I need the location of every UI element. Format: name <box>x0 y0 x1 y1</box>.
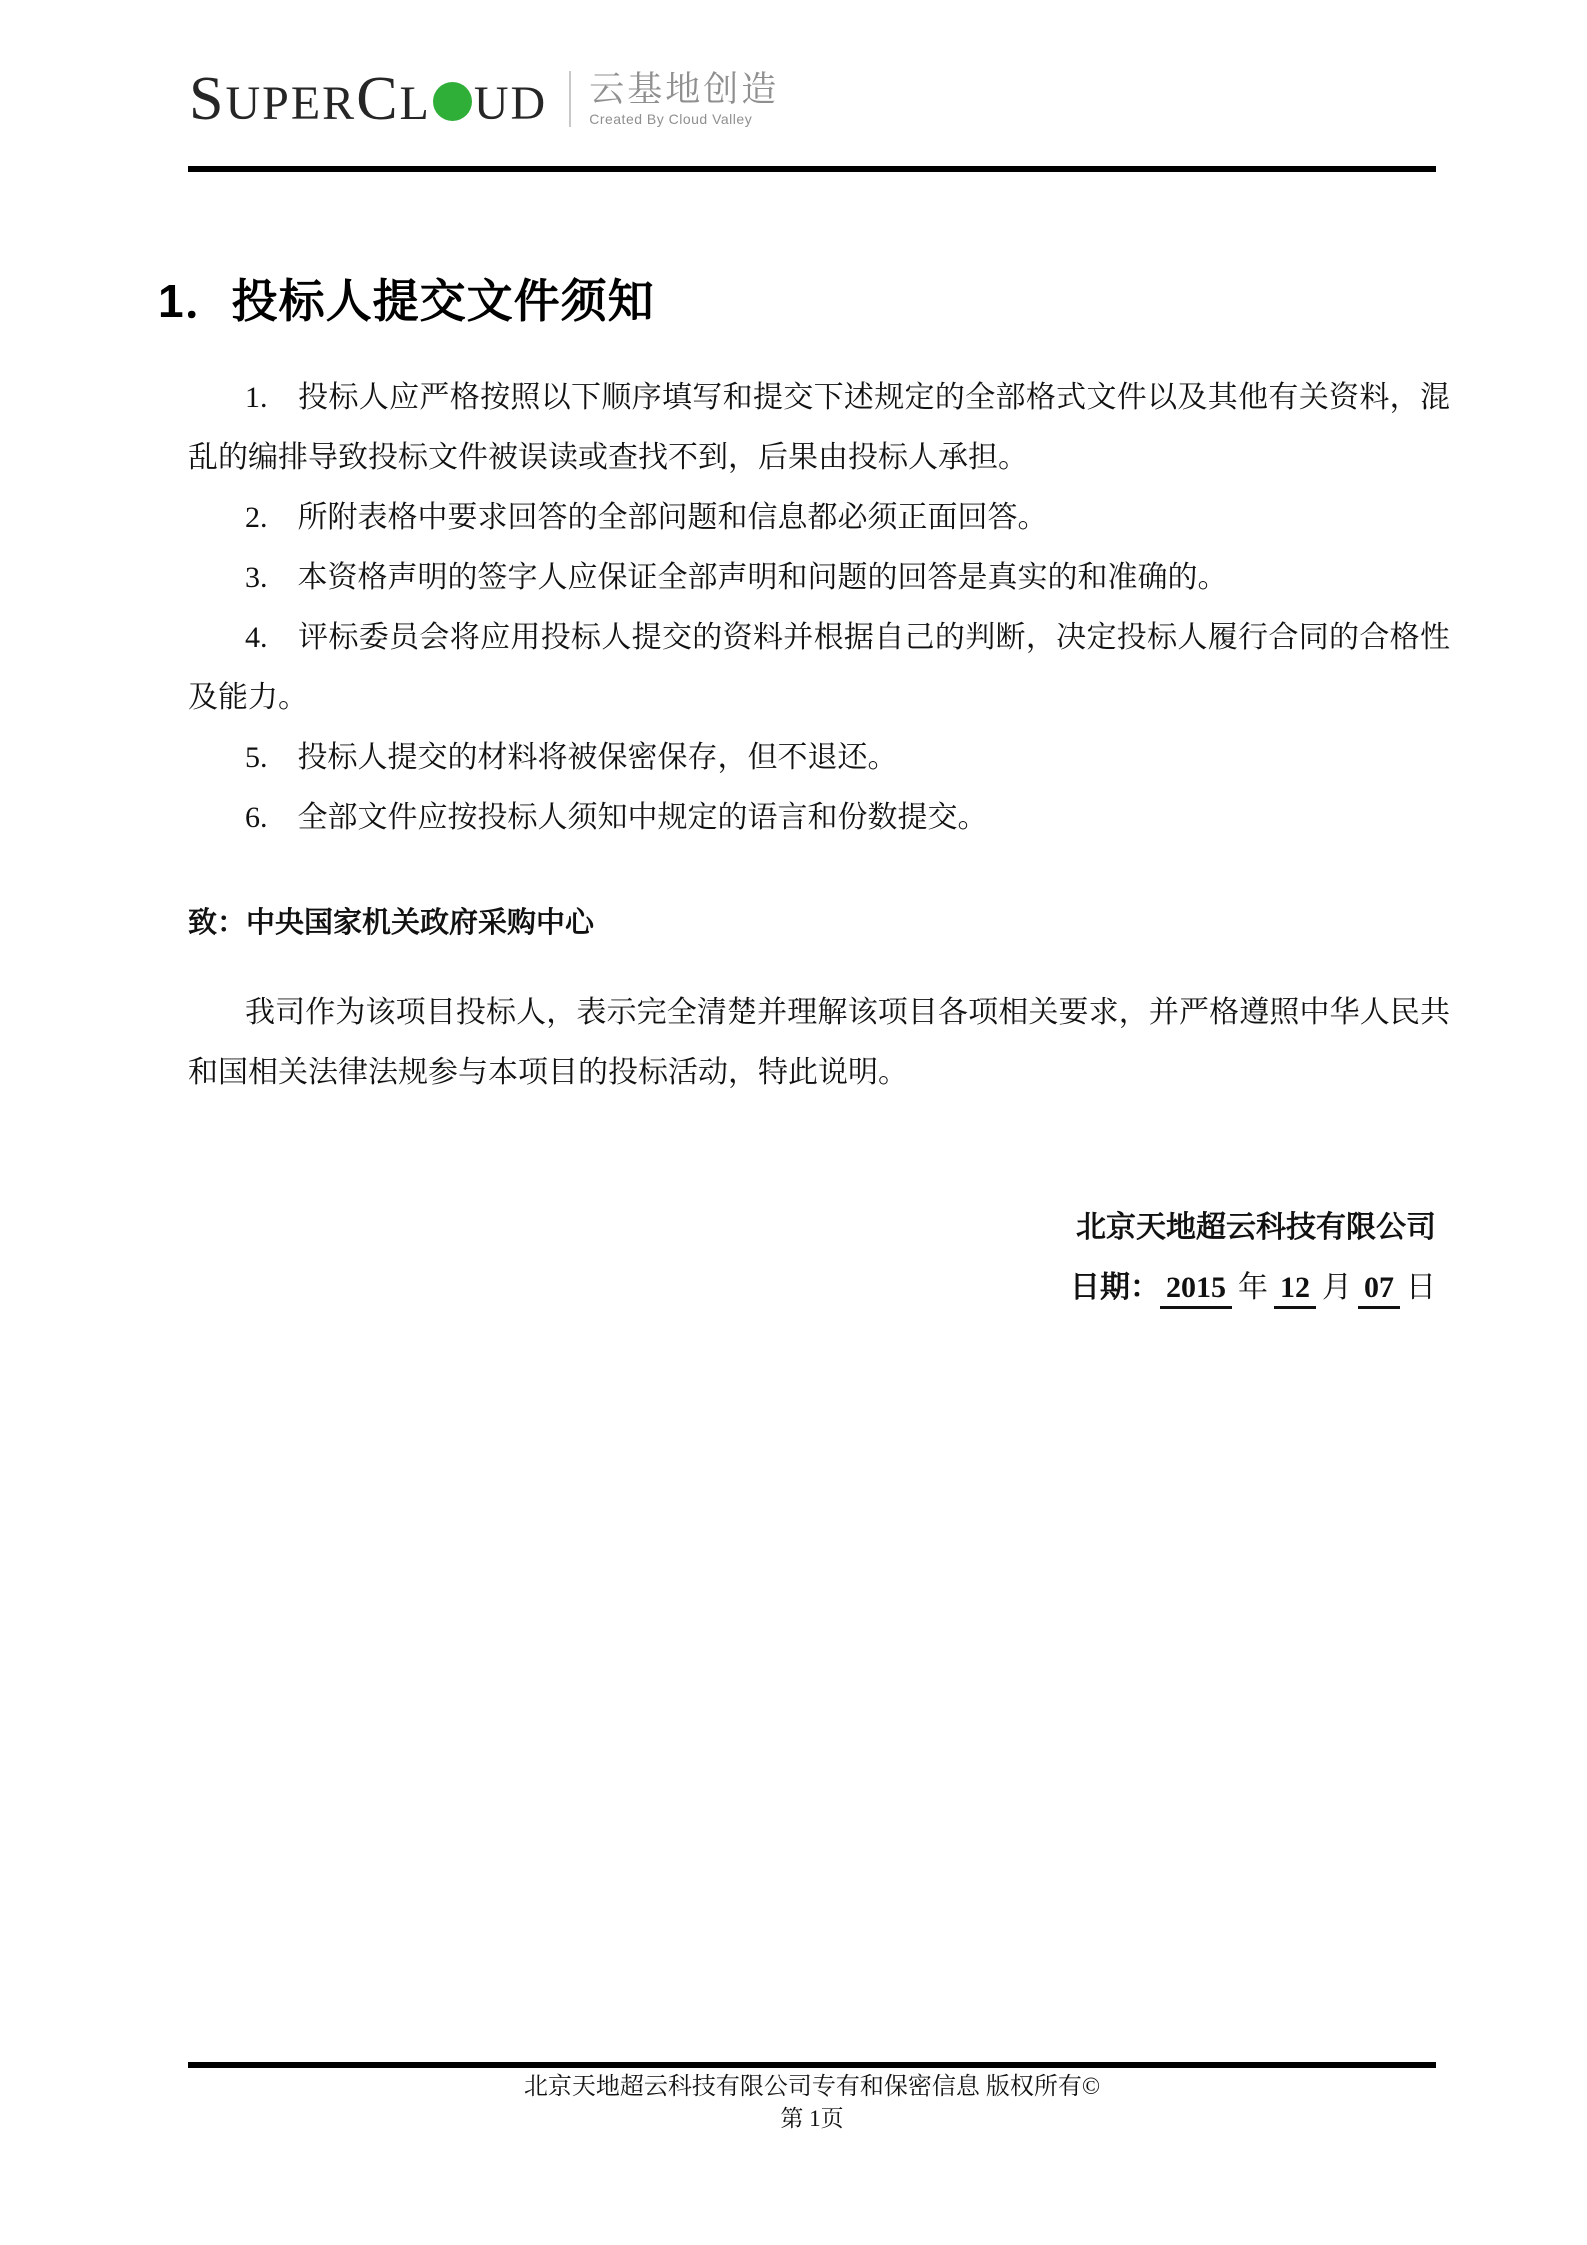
page-title: 1．投标人提交文件须知 <box>158 265 655 331</box>
footer-rule <box>188 2062 1436 2068</box>
wordmark-segment: UPER <box>225 77 356 130</box>
list-item-4: 4. 评标委员会将应用投标人提交的资料并根据自己的判断，决定投标人履行合同的合格… <box>188 608 1450 728</box>
notice-to-line: 致：中央国家机关政府采购中心 <box>188 893 1450 953</box>
wordmark-segment: C <box>356 65 399 133</box>
wordmark-segment: L <box>400 77 431 130</box>
footer-confidentiality: 北京天地超云科技有限公司专有和保密信息 版权所有© <box>188 2071 1436 2103</box>
date-year-value: 2015 <box>1160 1271 1232 1309</box>
signature-block: 北京天地超云科技有限公司 日期：2015年12月07日 <box>188 1198 1450 1318</box>
header-logo: SUPERCLUD 云基地创造 Created By Cloud Valley <box>189 68 779 130</box>
header-rule <box>188 166 1436 172</box>
supercloud-wordmark: SUPERCLUD <box>189 68 547 130</box>
logo-tagline-cn: 云基地创造 <box>589 71 779 110</box>
document-page: SUPERCLUD 云基地创造 Created By Cloud Valley … <box>0 0 1587 2245</box>
logo-tagline-en: Created By Cloud Valley <box>589 111 779 127</box>
list-item-6: 6. 全部文件应按投标人须知中规定的语言和份数提交。 <box>188 788 1450 848</box>
date-day-value: 07 <box>1358 1271 1400 1309</box>
statement-paragraph: 我司作为该项目投标人，表示完全清楚并理解该项目各项相关要求，并严格遵照中华人民共… <box>188 983 1450 1103</box>
list-item-5: 5. 投标人提交的材料将被保密保存，但不退还。 <box>188 728 1450 788</box>
signature-date: 日期：2015年12月07日 <box>188 1258 1436 1318</box>
date-day-unit: 日 <box>1406 1271 1436 1304</box>
list-item-2: 2. 所附表格中要求回答的全部问题和信息都必须正面回答。 <box>188 488 1450 548</box>
logo-tagline: 云基地创造 Created By Cloud Valley <box>569 71 779 127</box>
list-item-1: 1. 投标人应严格按照以下顺序填写和提交下述规定的全部格式文件以及其他有关资料，… <box>188 368 1450 488</box>
date-label: 日期： <box>1070 1271 1160 1304</box>
wordmark-segment: UD <box>474 77 547 130</box>
document-body: 1. 投标人应严格按照以下顺序填写和提交下述规定的全部格式文件以及其他有关资料，… <box>188 368 1450 1318</box>
date-month-unit: 月 <box>1322 1271 1352 1304</box>
logo-dot-icon <box>433 82 472 121</box>
signature-company: 北京天地超云科技有限公司 <box>188 1198 1436 1258</box>
list-item-3: 3. 本资格声明的签字人应保证全部声明和问题的回答是真实的和准确的。 <box>188 548 1450 608</box>
footer-page-number: 第 1页 <box>188 2104 1436 2134</box>
date-year-unit: 年 <box>1238 1271 1268 1304</box>
wordmark-segment: S <box>189 65 225 133</box>
date-month-value: 12 <box>1274 1271 1316 1309</box>
